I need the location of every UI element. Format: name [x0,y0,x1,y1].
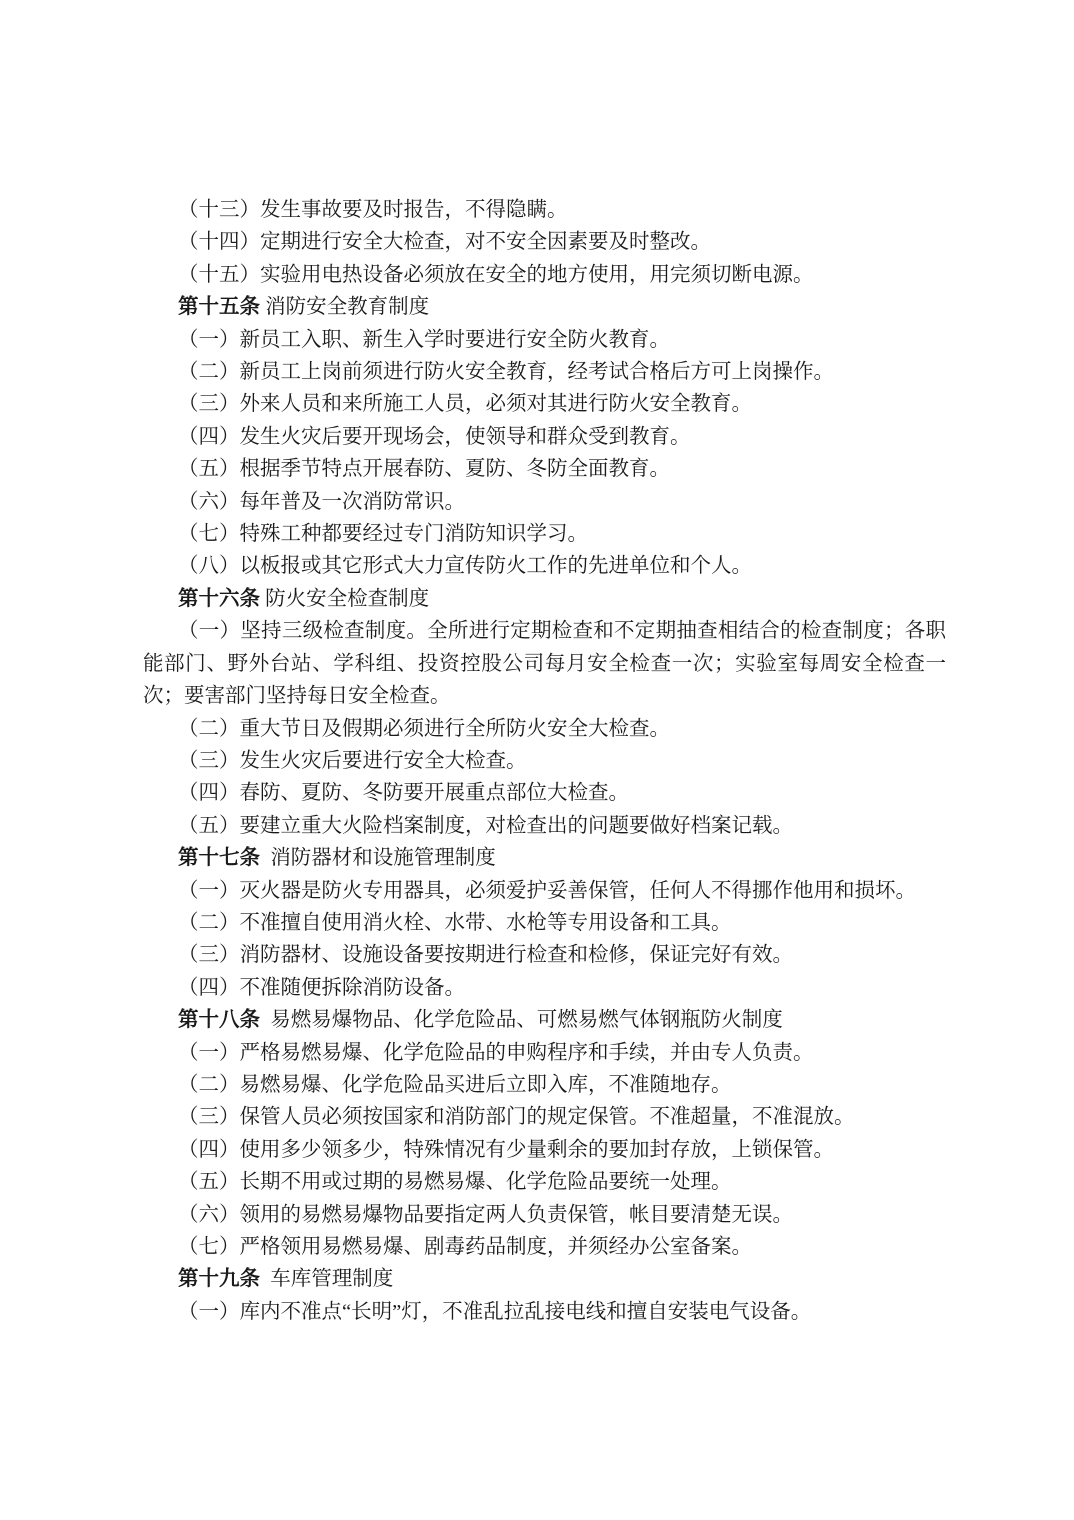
clause-text: （五）要建立重大火险档案制度，对检查出的问题要做好档案记载。 [178,815,793,837]
article-title: 防火安全检查制度 [260,588,429,610]
article-heading: 第十五条 消防安全教育制度 [143,291,946,323]
clause: （七）严格领用易燃易爆、剧毒药品制度，并须经办公室备案。 [143,1231,946,1263]
article-number: 第十九条 [178,1268,260,1290]
clause: （二）不准擅自使用消火栓、水带、水枪等专用设备和工具。 [143,907,946,939]
clause: （六）每年普及一次消防常识。 [143,486,946,518]
clause: （一）坚持三级检查制度。全所进行定期检查和不定期抽查相结合的检查制度；各职能部门… [143,615,946,712]
clause-text: （七）严格领用易燃易爆、剧毒药品制度，并须经办公室备案。 [178,1236,752,1258]
clause: （二）重大节日及假期必须进行全所防火安全大检查。 [143,713,946,745]
clause-text: （三）消防器材、设施设备要按期进行检查和检修，保证完好有效。 [178,944,793,966]
clause-text: （十四）定期进行安全大检查，对不安全因素要及时整改。 [178,231,711,253]
clause: （三）保管人员必须按国家和消防部门的规定保管。不准超量，不准混放。 [143,1101,946,1133]
clause-text: （五）长期不用或过期的易燃易爆、化学危险品要统一处理。 [178,1171,732,1193]
clause: （八）以板报或其它形式大力宣传防火工作的先进单位和个人。 [143,550,946,582]
document-body: （十三）发生事故要及时报告，不得隐瞒。 （十四）定期进行安全大检查，对不安全因素… [143,194,946,1328]
article-number: 第十六条 [178,588,260,610]
article-title: 消防安全教育制度 [260,296,429,318]
clause-text: （四）使用多少领多少，特殊情况有少量剩余的要加封存放，上锁保管。 [178,1139,834,1161]
clause-text: （三）保管人员必须按国家和消防部门的规定保管。不准超量，不准混放。 [178,1106,855,1128]
clause: （十三）发生事故要及时报告，不得隐瞒。 [143,194,946,226]
clause: （一）灭火器是防火专用器具，必须爱护妥善保管，任何人不得挪作他用和损坏。 [143,875,946,907]
clause: （四）春防、夏防、冬防要开展重点部位大检查。 [143,777,946,809]
clause-text: （四）不准随便拆除消防设备。 [178,977,465,999]
clause: （四）不准随便拆除消防设备。 [143,972,946,1004]
clause-text: （七）特殊工种都要经过专门消防知识学习。 [178,523,588,545]
clause: （五）长期不用或过期的易燃易爆、化学危险品要统一处理。 [143,1166,946,1198]
clause-text: （一）严格易燃易爆、化学危险品的申购程序和手续，并由专人负责。 [178,1042,814,1064]
article-title: 车库管理制度 [260,1268,393,1290]
article-number: 第十七条 [178,847,260,869]
clause-text: （二）重大节日及假期必须进行全所防火安全大检查。 [178,718,670,740]
clause: （六）领用的易燃易爆物品要指定两人负责保管，帐目要清楚无误。 [143,1199,946,1231]
clause-text: （六）每年普及一次消防常识。 [178,491,465,513]
article-number: 第十五条 [178,296,260,318]
clause: （十四）定期进行安全大检查，对不安全因素要及时整改。 [143,226,946,258]
clause-text: （五）根据季节特点开展春防、夏防、冬防全面教育。 [178,458,670,480]
clause-text: （三）发生火灾后要进行安全大检查。 [178,750,527,772]
clause-text: （十三）发生事故要及时报告，不得隐瞒。 [178,199,568,221]
clause: （二）易燃易爆、化学危险品买进后立即入库，不准随地存。 [143,1069,946,1101]
clause: （三）外来人员和来所施工人员，必须对其进行防火安全教育。 [143,388,946,420]
clause: （一）严格易燃易爆、化学危险品的申购程序和手续，并由专人负责。 [143,1037,946,1069]
clause: （一）库内不准点“长明”灯，不准乱拉乱接电线和擅自安装电气设备。 [143,1296,946,1328]
clause-text: （二）不准擅自使用消火栓、水带、水枪等专用设备和工具。 [178,912,732,934]
article-heading: 第十七条 消防器材和设施管理制度 [143,842,946,874]
clause-text: （二）新员工上岗前须进行防火安全教育，经考试合格后方可上岗操作。 [178,361,834,383]
clause-text: （一）坚持三级检查制度。全所进行定期检查和不定期抽查相结合的检查制度；各职能部门… [143,620,946,707]
clause: （五）要建立重大火险档案制度，对检查出的问题要做好档案记载。 [143,810,946,842]
article-title: 消防器材和设施管理制度 [260,847,496,869]
document-page: （十三）发生事故要及时报告，不得隐瞒。 （十四）定期进行安全大检查，对不安全因素… [0,0,1074,1520]
clause: （四）发生火灾后要开现场会，使领导和群众受到教育。 [143,421,946,453]
clause: （一）新员工入职、新生入学时要进行安全防火教育。 [143,324,946,356]
clause-text: （三）外来人员和来所施工人员，必须对其进行防火安全教育。 [178,393,752,415]
article-heading: 第十六条 防火安全检查制度 [143,583,946,615]
clause-text: （二）易燃易爆、化学危险品买进后立即入库，不准随地存。 [178,1074,732,1096]
clause-text: （六）领用的易燃易爆物品要指定两人负责保管，帐目要清楚无误。 [178,1204,793,1226]
clause-text: （十五）实验用电热设备必须放在安全的地方使用，用完须切断电源。 [178,264,814,286]
clause-text: （八）以板报或其它形式大力宣传防火工作的先进单位和个人。 [178,555,752,577]
clause: （七）特殊工种都要经过专门消防知识学习。 [143,518,946,550]
clause-text: （四）春防、夏防、冬防要开展重点部位大检查。 [178,782,629,804]
clause-text: （四）发生火灾后要开现场会，使领导和群众受到教育。 [178,426,691,448]
clause: （三）发生火灾后要进行安全大检查。 [143,745,946,777]
clause: （五）根据季节特点开展春防、夏防、冬防全面教育。 [143,453,946,485]
clause-text: （一）库内不准点“长明”灯，不准乱拉乱接电线和擅自安装电气设备。 [178,1301,811,1323]
clause-text: （一）新员工入职、新生入学时要进行安全防火教育。 [178,329,670,351]
article-heading: 第十九条 车库管理制度 [143,1263,946,1295]
clause-text: （一）灭火器是防火专用器具，必须爱护妥善保管，任何人不得挪作他用和损坏。 [178,880,916,902]
article-number: 第十八条 [178,1009,260,1031]
clause: （三）消防器材、设施设备要按期进行检查和检修，保证完好有效。 [143,939,946,971]
article-title: 易燃易爆物品、化学危险品、可燃易燃气体钢瓶防火制度 [260,1009,783,1031]
article-heading: 第十八条 易燃易爆物品、化学危险品、可燃易燃气体钢瓶防火制度 [143,1004,946,1036]
clause: （十五）实验用电热设备必须放在安全的地方使用，用完须切断电源。 [143,259,946,291]
clause: （四）使用多少领多少，特殊情况有少量剩余的要加封存放，上锁保管。 [143,1134,946,1166]
clause: （二）新员工上岗前须进行防火安全教育，经考试合格后方可上岗操作。 [143,356,946,388]
